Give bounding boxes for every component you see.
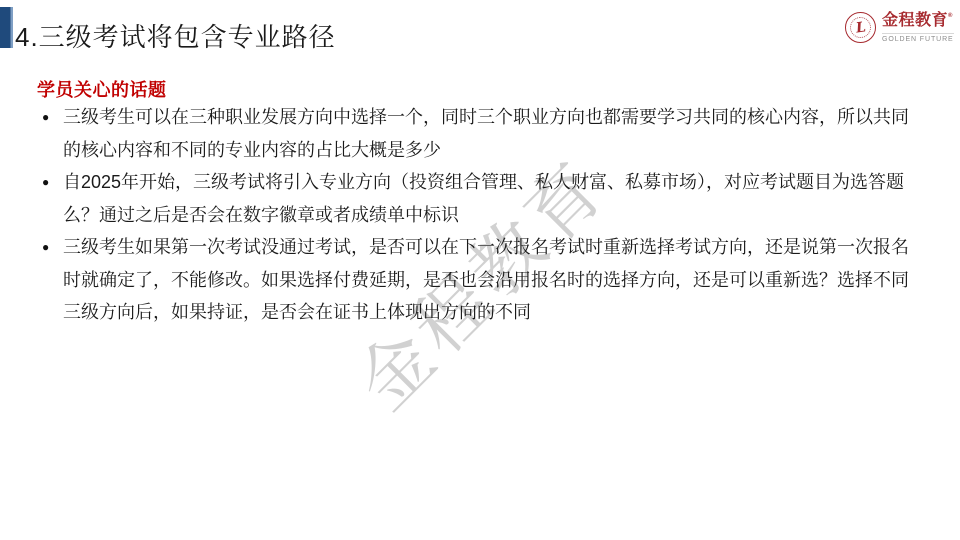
title-accent-bar [0, 7, 13, 48]
bullet-icon: ● [42, 101, 49, 134]
bullet-icon: ● [42, 231, 49, 264]
bullet-text: 自2025年开始，三级考试将引入专业方向（投资组合管理、私人财富、私募市场），对… [63, 172, 904, 225]
presentation-slide: 金程教育 4.三级考试将包含专业路径 L 金程教育 ® GOLDEN FUTUR… [0, 0, 960, 540]
logo-seal-icon: L [845, 12, 876, 43]
bullet-list: ● 三级考生可以在三种职业发展方向中选择一个，同时三个职业方向也都需要学习共同的… [42, 101, 918, 329]
slide-title: 4.三级考试将包含专业路径 [15, 17, 336, 54]
bullet-icon: ● [42, 166, 49, 199]
bullet-item: ● 自2025年开始，三级考试将引入专业方向（投资组合管理、私人财富、私募市场）… [42, 166, 918, 231]
section-heading: 学员关心的话题 [37, 76, 167, 102]
logo-subtitle: GOLDEN FUTURE [882, 33, 954, 43]
logo-seal-ring: L [850, 17, 871, 38]
bullet-text: 三级考生可以在三种职业发展方向中选择一个，同时三个职业方向也都需要学习共同的核心… [63, 107, 909, 160]
logo-text-block: 金程教育 ® GOLDEN FUTURE [882, 12, 954, 42]
logo-seal-letter: L [855, 20, 867, 35]
company-logo: L 金程教育 ® GOLDEN FUTURE [845, 12, 954, 43]
bullet-item: ● 三级考生如果第一次考试没通过考试，是否可以在下一次报名考试时重新选择考试方向… [42, 231, 918, 329]
bullet-item: ● 三级考生可以在三种职业发展方向中选择一个，同时三个职业方向也都需要学习共同的… [42, 101, 918, 166]
registered-trademark-icon: ® [948, 13, 953, 19]
bullet-text: 三级考生如果第一次考试没通过考试，是否可以在下一次报名考试时重新选择考试方向，还… [63, 237, 909, 322]
logo-name: 金程教育 [882, 12, 948, 30]
